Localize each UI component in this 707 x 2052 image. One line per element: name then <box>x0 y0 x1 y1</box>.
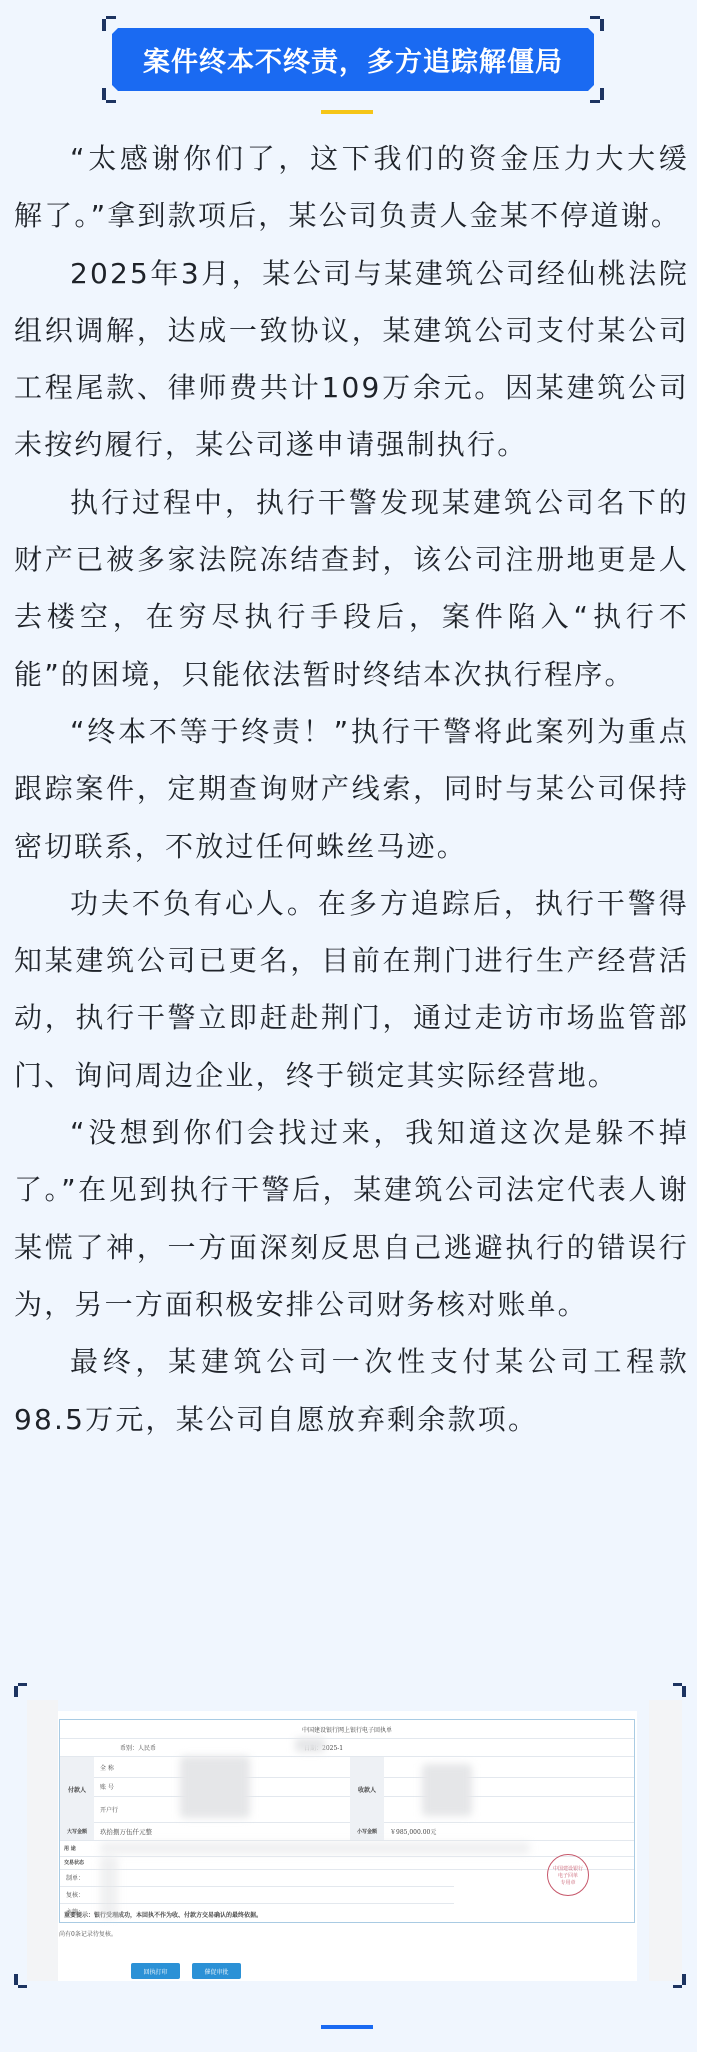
reviewer-label: 复核： <box>66 1886 84 1903</box>
corner-bracket-icon <box>14 1683 28 1697</box>
article-body: “太感谢你们了，这下我们的资金压力大大缓解了。”拿到款项后，某公司负责人金某不停… <box>14 130 689 1448</box>
notice-text: 重要提示：银行受理成功，本回执不作为收、付款方交易确认的最终依据。 <box>64 1906 262 1922</box>
purpose-label: 用 途 <box>64 1840 76 1856</box>
section-divider <box>321 2025 373 2029</box>
corner-bracket-icon <box>590 16 604 30</box>
redacted-region <box>295 1738 325 1752</box>
paragraph: “终本不等于终责！”执行干警将此案列为重点跟踪案件，定期查询财产线索，同时与某公… <box>14 703 689 875</box>
paragraph: 最终，某建筑公司一次性支付某公司工程款98.5万元，某公司自愿放弃剩余款项。 <box>14 1333 689 1448</box>
payer-label: 付款人 <box>60 1757 94 1822</box>
payee-label: 收款人 <box>350 1757 384 1822</box>
title-banner: 案件终本不终责，多方追踪解僵局 <box>110 22 596 97</box>
maker-row: 制单： <box>60 1869 454 1887</box>
corner-bracket-icon <box>102 89 116 103</box>
bank-stamp-icon: 中国建设银行 电子回单 专用章 <box>547 1854 589 1896</box>
amount-lower-value: ￥985,000.00元 <box>390 1822 436 1840</box>
title-box: 案件终本不终责，多方追踪解僵局 <box>112 28 594 91</box>
receipt-meta-row: 币别：人民币 日期：2025-1 <box>60 1738 634 1757</box>
page-title: 案件终本不终责，多方追踪解僵局 <box>143 40 563 79</box>
receipt-title-row: 中国建设银行网上银行电子回执单 <box>60 1720 634 1739</box>
urge-approval-button[interactable]: 催促审批 <box>192 1963 241 1979</box>
payer-bank-label: 开户行 <box>100 1796 118 1822</box>
corner-bracket-icon <box>672 1683 686 1697</box>
corner-bracket-icon <box>14 1974 28 1988</box>
receipt-document: 中国建设银行网上银行电子回执单 币别：人民币 日期：2025-1 付款人 全 称… <box>58 1711 637 1981</box>
redacted-region <box>100 1856 118 1918</box>
corner-bracket-icon <box>590 89 604 103</box>
redacted-region <box>100 1842 530 1854</box>
receipt-title: 中国建设银行网上银行电子回执单 <box>60 1720 634 1738</box>
receipt-table: 中国建设银行网上银行电子回执单 币别：人民币 日期：2025-1 付款人 全 称… <box>59 1719 635 1923</box>
amount-lower-label: 小写金额 <box>350 1822 384 1840</box>
redacted-region <box>180 1756 250 1818</box>
paragraph: “太感谢你们了，这下我们的资金压力大大缓解了。”拿到款项后，某公司负责人金某不停… <box>14 130 689 245</box>
title-underline <box>321 110 373 114</box>
print-receipt-button[interactable]: 回执打印 <box>131 1963 180 1979</box>
pending-note: 尚有0条记录待复核。 <box>59 1929 117 1938</box>
page-background: 案件终本不终责，多方追踪解僵局 “太感谢你们了，这下我们的资金压力大大缓解了。”… <box>0 0 697 2052</box>
reviewer-row: 复核： <box>60 1886 454 1904</box>
receipt-screenshot: 中国建设银行网上银行电子回执单 币别：人民币 日期：2025-1 付款人 全 称… <box>14 1683 686 1993</box>
redacted-region <box>422 1764 472 1816</box>
stamp-text: 中国建设银行 <box>553 1865 583 1872</box>
paragraph: 2025年3月，某公司与某建筑公司经仙桃法院组织调解，达成一致协议，某建筑公司支… <box>14 245 689 474</box>
amount-upper-label: 大写金额 <box>60 1822 94 1840</box>
amount-upper-value: 玖拾捌万伍仟元整 <box>100 1822 152 1840</box>
payer-account-label: 账 号 <box>100 1777 114 1796</box>
corner-bracket-icon <box>102 16 116 30</box>
currency-label: 币别：人民币 <box>120 1738 156 1756</box>
paragraph: 功夫不负有心人。在多方追踪后，执行干警得知某建筑公司已更名，目前在荆门进行生产经… <box>14 875 689 1104</box>
payer-name-label: 全 称 <box>100 1757 114 1777</box>
stamp-text: 专用章 <box>560 1879 575 1886</box>
paragraph: “没想到你们会找过来，我知道这次是躲不掉了。”在见到执行干警后，某建筑公司法定代… <box>14 1104 689 1333</box>
amount-row: 大写金额 玖拾捌万伍仟元整 小写金额 ￥985,000.00元 <box>60 1822 634 1841</box>
status-label: 交易状态 <box>64 1856 84 1869</box>
paragraph: 执行过程中，执行干警发现某建筑公司名下的财产已被多家法院冻结查封，该公司注册地更… <box>14 474 689 703</box>
stamp-text: 电子回单 <box>558 1872 578 1879</box>
maker-label: 制单： <box>66 1869 84 1886</box>
